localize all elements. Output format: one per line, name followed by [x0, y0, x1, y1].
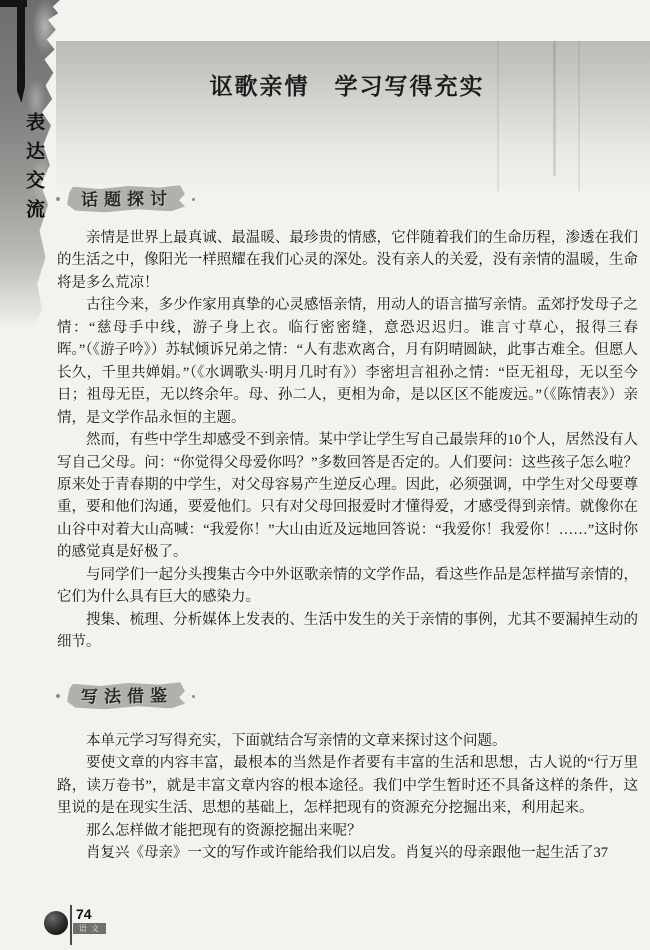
- paragraph: 古往今来，多少作家用真挚的心灵感悟亲情，用动人的语言描写亲情。孟郊抒发母子之情：…: [57, 294, 638, 429]
- paragraph: 亲情是世界上最真诚、最温暖、最珍贵的情感，它伴随着我们的生命历程，渗透在我们的生…: [57, 227, 638, 294]
- scan-streak: [578, 41, 580, 191]
- section-heading-label: 话题探讨: [67, 185, 185, 213]
- paragraph: 肖复兴《母亲》一文的写作或许能给我们以启发。肖复兴的母亲跟他一起生活了37: [57, 842, 638, 864]
- scan-streak: [497, 41, 499, 191]
- subject-badge-label: 语 文: [79, 925, 100, 933]
- page-number: 74: [76, 906, 92, 922]
- paragraph: 与同学们一起分头搜集古今中外讴歌亲情的文学作品，看这些作品是怎样描写亲情的，它们…: [57, 564, 638, 609]
- section-writing-reference-body: 本单元学习写得充实，下面就结合写亲情的文章来探讨这个问题。 要使文章的内容丰富，…: [57, 730, 638, 865]
- stamp-dot-icon: [56, 694, 60, 698]
- stamp-dot-icon: [192, 198, 195, 201]
- calligraphy-mark-icon: [17, 0, 25, 103]
- footer-divider: [70, 905, 72, 945]
- scan-streak: [553, 41, 556, 176]
- stamp-dot-icon: [192, 695, 195, 698]
- sidebar-unit-label: 表达交流: [20, 112, 47, 228]
- page-title: 讴歌亲情 学习写得充实: [57, 68, 637, 101]
- subject-badge: 语 文: [73, 923, 106, 934]
- section-topic-discussion-body: 亲情是世界上最真诚、最温暖、最珍贵的情感，它伴随着我们的生命历程，渗透在我们的生…: [57, 227, 638, 654]
- title-gradient-panel: [56, 41, 650, 193]
- paragraph: 本单元学习写得充实，下面就结合写亲情的文章来探讨这个问题。: [57, 730, 638, 752]
- paragraph: 要使文章的内容丰富，最根本的当然是作者要有丰富的生活和思想，古人说的“行万里路，…: [57, 752, 638, 819]
- section-heading-topic-discussion: 话题探讨: [56, 186, 195, 212]
- paragraph: 搜集、梳理、分析媒体上发表的、生活中发生的关于亲情的事例，尤其不要漏掉生动的细节…: [57, 609, 638, 654]
- paragraph: 然而，有些中学生却感受不到亲情。某中学让学生写自己最崇拜的10个人，居然没有人写…: [57, 429, 638, 564]
- section-heading-label: 写法借鉴: [67, 682, 185, 710]
- section-heading-writing-reference: 写法借鉴: [56, 683, 195, 709]
- stamp-dot-icon: [56, 197, 60, 201]
- paragraph: 那么怎样做才能把现有的资源挖掘出来呢？: [57, 820, 638, 842]
- publisher-logo-ball-icon: [44, 911, 68, 935]
